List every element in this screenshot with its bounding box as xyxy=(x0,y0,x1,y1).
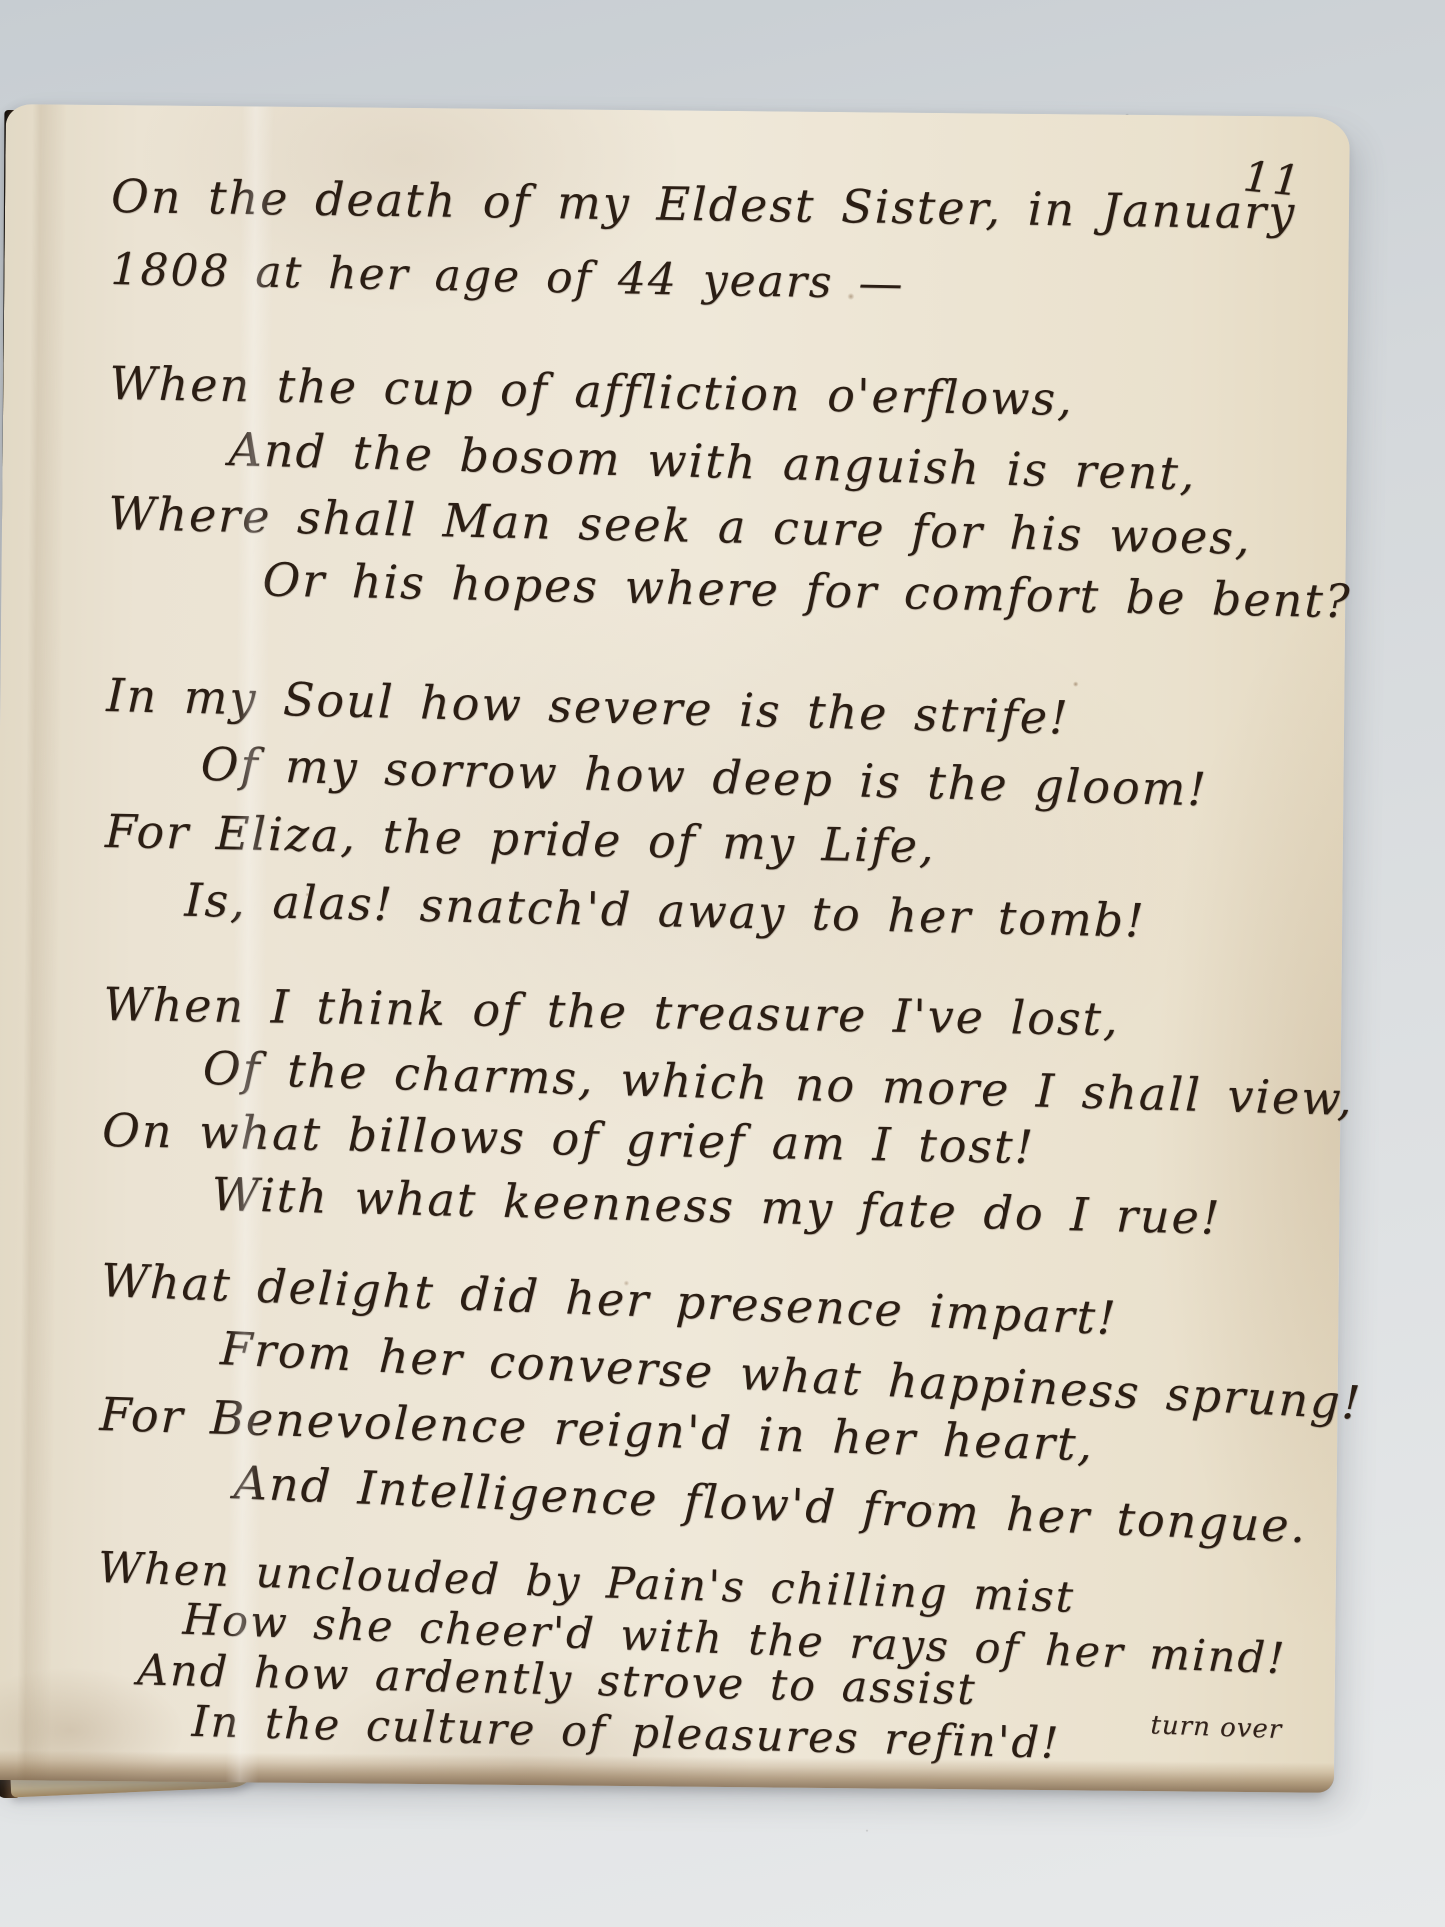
poem-title: On the death of my Eldest Sister, in Jan… xyxy=(110,159,1297,318)
poem-stanza-2: In my Soul how severe is the strife! Of … xyxy=(104,661,1209,944)
poem-title-line-2: 1808 at her age of 44 years — xyxy=(110,233,1296,329)
poem-stanza-1: When the cup of affliction o'erflows, An… xyxy=(107,351,1354,623)
manuscript-page: 11 On the death of my Eldest Sister, in … xyxy=(0,104,1350,1793)
poem-stanza-3: When I think of the treasure I've lost, … xyxy=(101,973,1355,1237)
turn-over-note: turn over xyxy=(1150,1710,1283,1745)
manuscript-photo: 11 On the death of my Eldest Sister, in … xyxy=(0,0,1445,1927)
poem-stanza-4: What delight did her presence impart! Fr… xyxy=(98,1247,1364,1527)
poem-stanza-5: When unclouded by Pain's chilling mist H… xyxy=(96,1543,1287,1758)
